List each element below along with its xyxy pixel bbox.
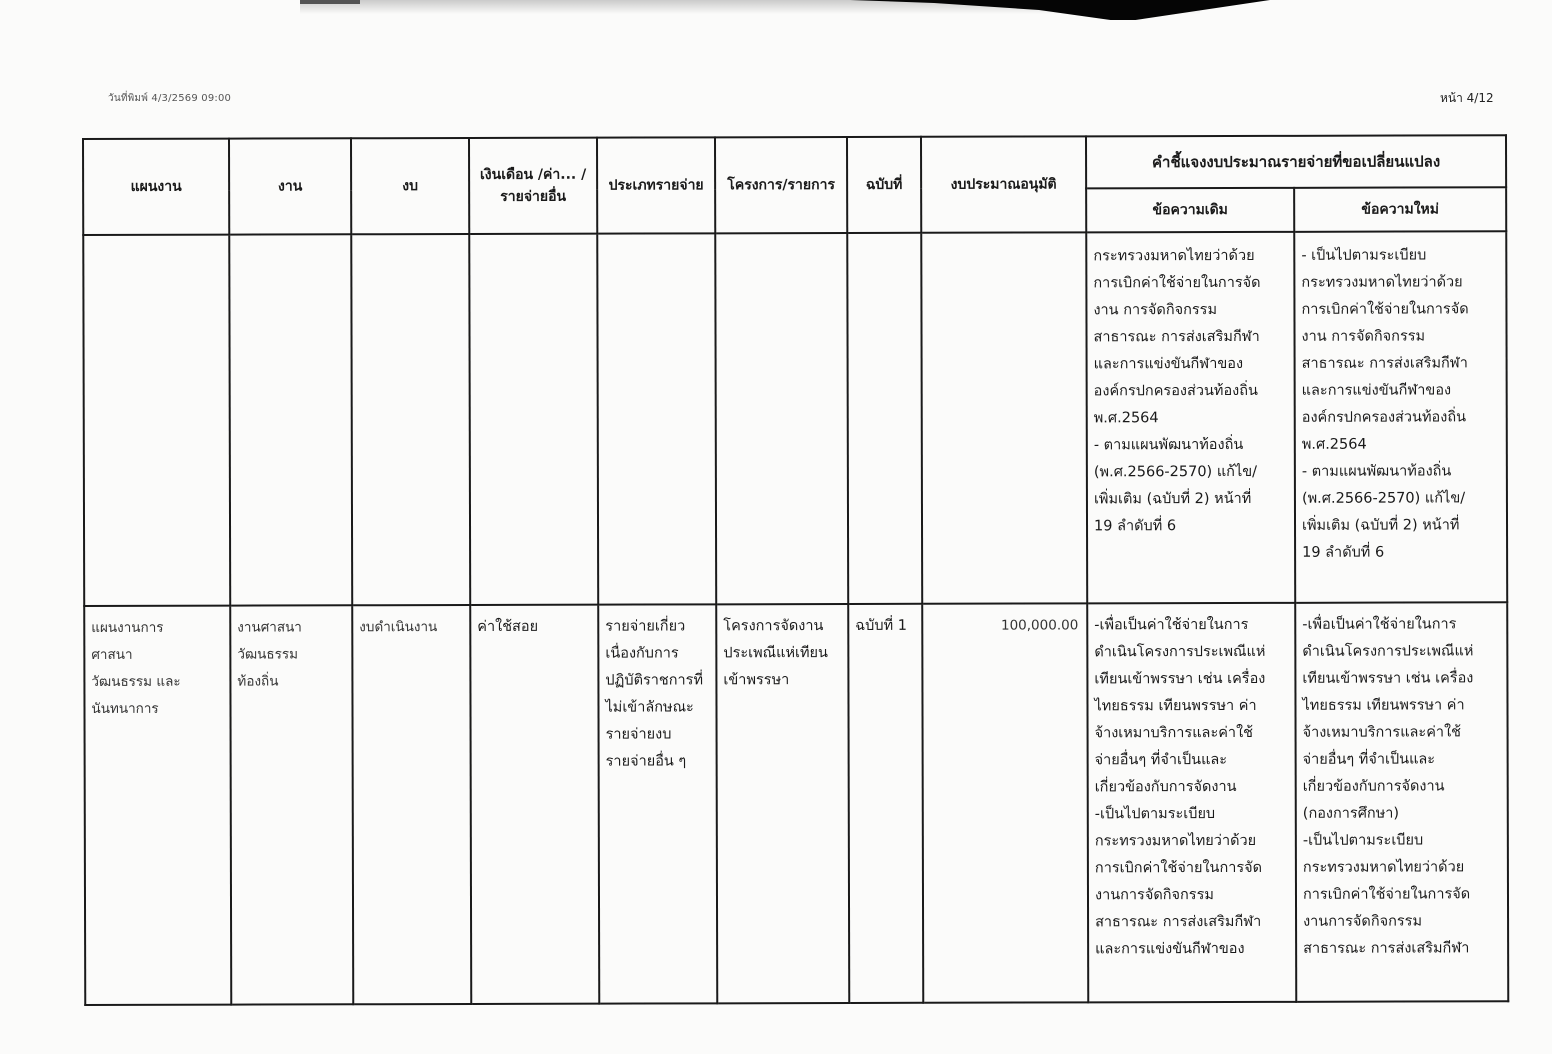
cell-new-text: -เพื่อเป็นค่าใช้จ่ายในการ ดำเนินโครงการป… — [1295, 602, 1508, 1002]
header-new-text: ข้อความใหม่ — [1294, 187, 1506, 232]
header-plan: แผนงาน — [83, 139, 229, 235]
cell-budget — [351, 234, 470, 605]
cell-plan: แผนงานการ ศาสนา วัฒนธรรม และ นันทนาการ — [84, 606, 231, 1005]
scan-edge-mark — [300, 0, 360, 4]
cell-edition: ฉบับที่ 1 — [848, 604, 923, 1003]
cell-expense-type — [597, 233, 716, 604]
cell-budget: งบดำเนินงาน — [352, 605, 471, 1004]
cell-work — [229, 234, 352, 605]
cell-old-text: -เพื่อเป็นค่าใช้จ่ายในการ ดำเนินโครงการป… — [1087, 603, 1296, 1003]
header-row: แผนงาน งาน งบ เงินเดือน /ค่า... / รายจ่า… — [83, 135, 1506, 191]
header-budget: งบ — [351, 138, 469, 234]
header-explanation-group: คำชี้แจงงบประมาณรายจ่ายที่ขอเปลี่ยนแปลง — [1086, 135, 1506, 188]
header-category: เงินเดือน /ค่า... / รายจ่ายอื่น — [469, 138, 597, 234]
cell-project — [715, 233, 848, 604]
header-project: โครงการ/รายการ — [715, 137, 847, 233]
cell-category: ค่าใช้สอย — [470, 605, 599, 1004]
cell-category — [469, 234, 598, 605]
cell-plan — [83, 235, 230, 606]
page-number: หน้า 4/12 — [1440, 89, 1494, 108]
header-edition: ฉบับที่ — [847, 137, 921, 233]
cell-approved-budget: 100,000.00 — [922, 603, 1088, 1002]
cell-expense-type: รายจ่ายเกี่ยว เนื่องกับการ ปฏิบัติราชการ… — [598, 604, 717, 1003]
budget-change-table-container: แผนงาน งาน งบ เงินเดือน /ค่า... / รายจ่า… — [82, 134, 1507, 1018]
header-approved-budget: งบประมาณอนุมัติ — [921, 136, 1086, 232]
cell-approved-budget — [921, 232, 1087, 603]
cell-new-text: - เป็นไปตามระเบียบ กระทรวงมหาดไทยว่าด้วย… — [1294, 231, 1507, 603]
cell-project: โครงการจัดงาน ประเพณีแห่เทียน เข้าพรรษา — [716, 604, 849, 1003]
budget-change-table: แผนงาน งาน งบ เงินเดือน /ค่า... / รายจ่า… — [82, 134, 1509, 1006]
header-expense-type: ประเภทรายจ่าย — [597, 137, 715, 233]
cell-old-text: กระทรวงมหาดไทยว่าด้วย การเบิกค่าใช้จ่ายใ… — [1086, 232, 1295, 604]
header-work: งาน — [229, 138, 351, 234]
header-old-text: ข้อความเดิม — [1086, 188, 1294, 233]
print-date: วันที่พิมพ์ 4/3/2569 09:00 — [108, 91, 231, 106]
table-row: กระทรวงมหาดไทยว่าด้วย การเบิกค่าใช้จ่ายใ… — [83, 231, 1507, 606]
table-row: แผนงานการ ศาสนา วัฒนธรรม และ นันทนาการ ง… — [84, 602, 1508, 1005]
cell-edition — [847, 233, 922, 604]
cell-work: งานศาสนา วัฒนธรรม ท้องถิ่น — [230, 605, 353, 1004]
